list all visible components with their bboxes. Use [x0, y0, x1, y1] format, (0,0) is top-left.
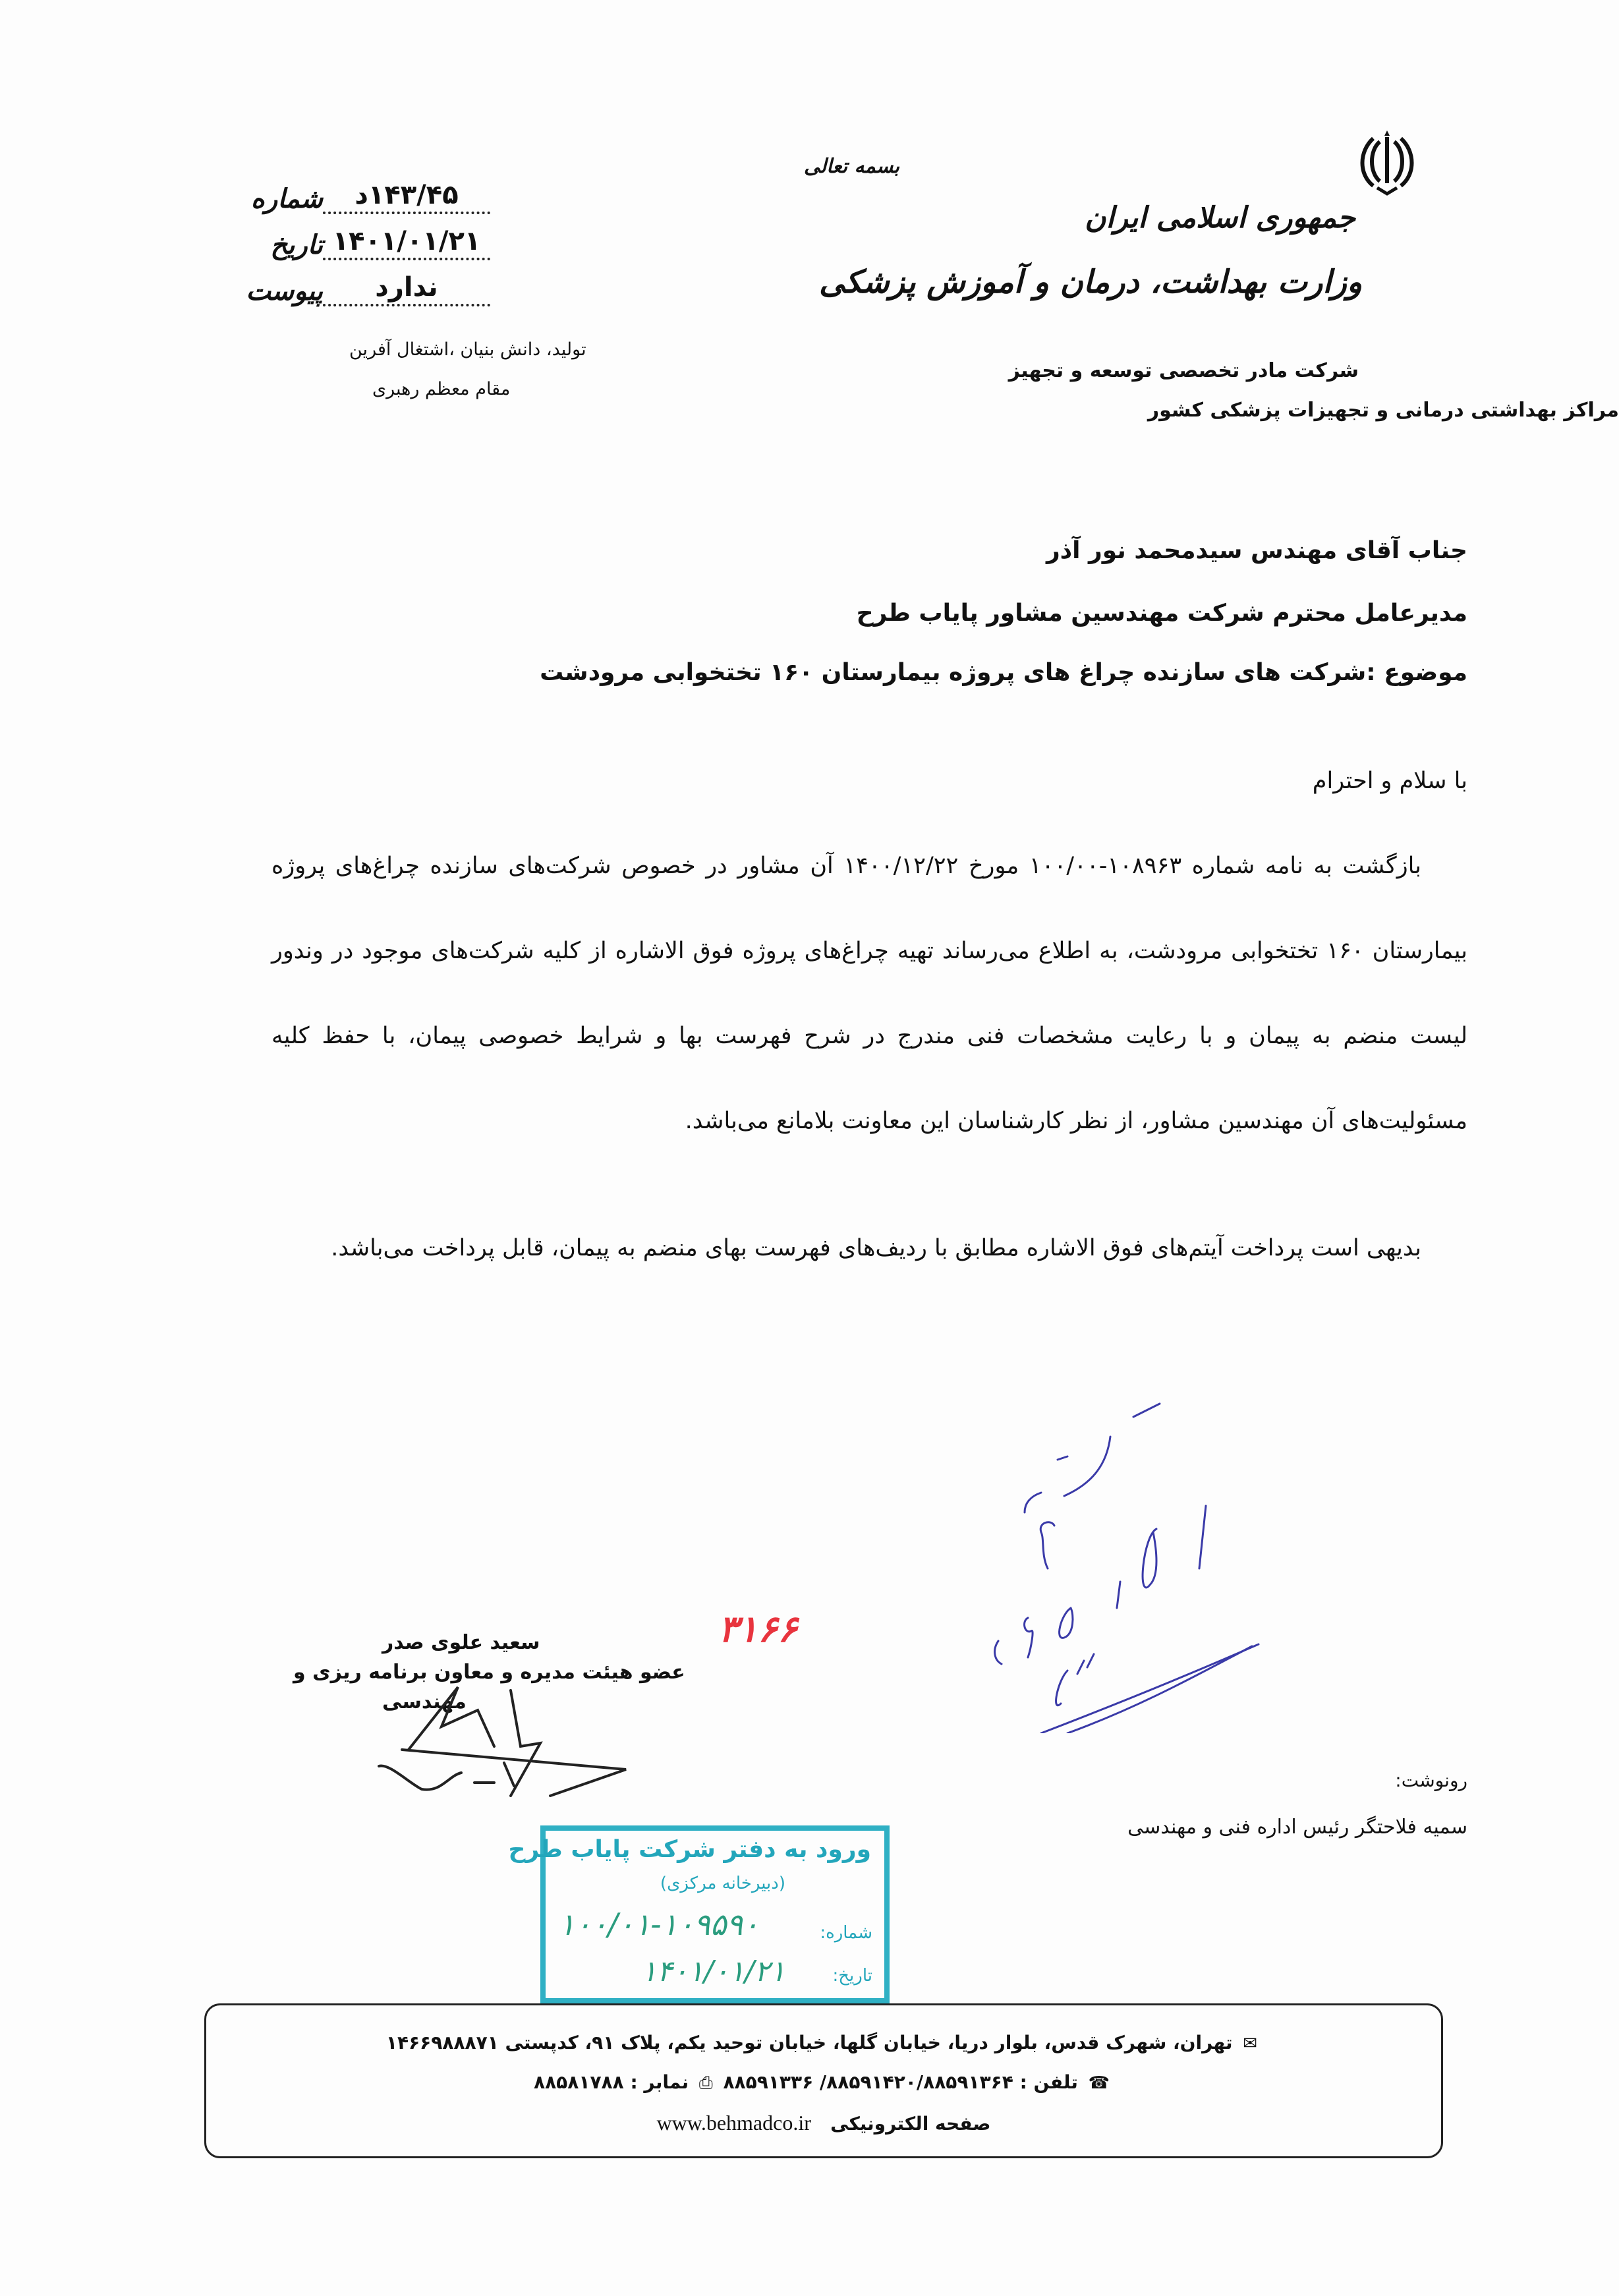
- letterhead-footer: ✉ تهران، شهرک قدس، بلوار دریا، خیابان گل…: [204, 2003, 1443, 2158]
- slogan-line2: مقام معظم رهبری: [372, 379, 510, 399]
- footer-address: تهران، شهرک قدس، بلوار دریا، خیابان گلها…: [386, 2032, 1233, 2053]
- phone-label: تلفن :: [1020, 2071, 1078, 2093]
- received-stamp: ورود به دفتر شرکت پایاب طرح (دبیرخانه مر…: [540, 1825, 890, 2003]
- footer-website-line: صفحه الکترونیکی www.behmadco.ir: [206, 2111, 1441, 2135]
- signature-icon: [316, 1684, 659, 1802]
- website-label: صفحه الکترونیکی: [830, 2113, 990, 2135]
- stamp-number-label: شماره:: [820, 1923, 872, 1943]
- letter-subject: موضوع :شرکت های سازنده چراغ های پروژه بی…: [540, 659, 1467, 686]
- body-paragraph-1: بازگشت به نامه شماره ۱۰۸۹۶۳-۱۰۰/۰۰ مورخ …: [271, 824, 1467, 1164]
- cc-label: رونوشت:: [1395, 1769, 1467, 1791]
- ministry-name: وزارت بهداشت، درمان و آموزش پزشکی: [819, 264, 1362, 301]
- letter-date-label: تاریخ: [257, 229, 323, 260]
- signatory-title-line1: عضو هیئت مدیره و معاون برنامه ریزی و: [293, 1661, 685, 1684]
- body-paragraph-2: بدیهی است پرداخت آیتم‌های فوق الاشاره مط…: [271, 1206, 1467, 1291]
- footer-contact-line: ☎ تلفن : ۸۸۵۹۱۴۲۰/۸۸۵۹۱۳۶۴/ ۸۸۵۹۱۳۳۶ ⎙ ن…: [206, 2071, 1441, 2094]
- cc-recipient: سمیه فلاحتگر رئیس اداره فنی و مهندسی: [1127, 1816, 1467, 1839]
- attachment-value: ندارد: [323, 272, 490, 306]
- letter-date-row: تاریخ ۱۴۰۱/۰۱/۲۱: [257, 214, 494, 260]
- stamp-date-label: تاریخ:: [833, 1966, 873, 1986]
- stamp-subtitle: (دبیرخانه مرکزی): [660, 1874, 785, 1893]
- iran-emblem-icon: [1357, 125, 1417, 198]
- letter-meta: شماره ۱۴۳/۴۵د تاریخ ۱۴۰۱/۰۱/۲۱ پیوست ندا…: [257, 168, 494, 306]
- addressee-name: جناب آقای مهندس سیدمحمد نور آذر: [1046, 537, 1467, 564]
- letter-date-value: ۱۴۰۱/۰۱/۲۱: [323, 226, 490, 260]
- country-name: جمهوری اسلامی ایران: [1085, 201, 1355, 235]
- envelope-icon: ✉: [1243, 2034, 1257, 2053]
- fax-icon: ⎙: [699, 2073, 713, 2094]
- letter-number-label: شماره: [257, 183, 323, 214]
- signatory-name: سعید علوی صدر: [382, 1631, 540, 1654]
- invocation: بسمه تعالی: [804, 155, 899, 178]
- fax-label: نمابر :: [630, 2071, 689, 2093]
- phone-value: ۸۸۵۹۱۴۲۰/۸۸۵۹۱۳۶۴/ ۸۸۵۹۱۳۳۶: [723, 2071, 1013, 2093]
- attachment-label: پیوست: [257, 275, 323, 306]
- fax-value: ۸۸۵۸۱۷۸۸: [534, 2071, 624, 2093]
- attachment-row: پیوست ندارد: [257, 260, 494, 306]
- letter-number-row: شماره ۱۴۳/۴۵د: [257, 168, 494, 214]
- addressee-title: مدیرعامل محترم شرکت مهندسین مشاور پایاب …: [857, 600, 1467, 627]
- slogan-line1: تولید، دانش بنیان ،اشتغال آفرین: [349, 339, 586, 360]
- website-link[interactable]: www.behmadco.ir: [657, 2111, 811, 2135]
- company-name-line1: شرکت مادر تخصصی توسعه و تجهیز: [1009, 359, 1359, 382]
- company-name-line2: مراکز بهداشتی درمانی و تجهیزات پزشکی کشو…: [1148, 399, 1619, 422]
- letter-page: جمهوری اسلامی ایران وزارت بهداشت، درمان …: [0, 0, 1619, 2296]
- handwritten-annotation: [909, 1391, 1278, 1733]
- stamp-number-value: ۱۰۰/۰۱-۱۰۹۵۹۰: [559, 1907, 759, 1942]
- greeting: با سلام و احترام: [1313, 768, 1467, 794]
- footer-address-line: ✉ تهران، شهرک قدس، بلوار دریا، خیابان گل…: [206, 2032, 1441, 2053]
- stamp-date-value: ۱۴۰۱/۰۱/۲۱: [641, 1955, 785, 1988]
- telephone-icon: ☎: [1089, 2073, 1110, 2093]
- letter-number-value: ۱۴۳/۴۵د: [323, 180, 490, 214]
- red-registration-number: ۳۱۶۶: [718, 1608, 797, 1651]
- stamp-title: ورود به دفتر شرکت پایاب طرح: [509, 1836, 871, 1863]
